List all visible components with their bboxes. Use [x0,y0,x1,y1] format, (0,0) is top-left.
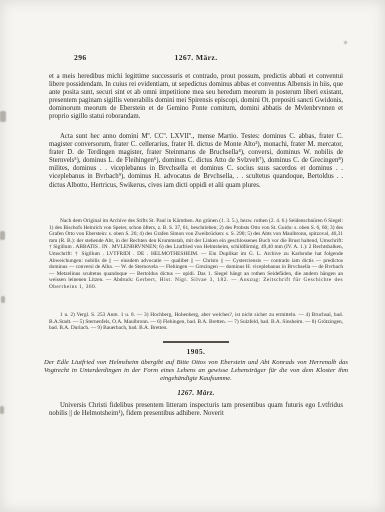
scan-artifact [1,296,5,303]
provenance-note-text: Nach dem Original im Archive des Stifts … [49,218,343,283]
scan-artifact [0,406,4,414]
charter-1904-acta-block: Acta sunt hec anno domini Mº. CCº. LXVII… [49,133,343,190]
section-divider [163,341,229,343]
charter-text-continuation: et a meis heredibus michi legittime succ… [49,73,343,122]
running-head-date: 1267. März. [49,53,343,62]
charter-1905-text-block: Universis Christi fidelibus presentem li… [49,402,343,418]
charter-number-heading: 1905. [49,348,343,356]
scan-artifact [0,231,5,240]
provenance-note-block: Nach dem Original im Archive des Stifts … [49,218,343,291]
footnotes-block: 1 u. 2) Vergl. S. 253 Anm. 1 u. 8. — 3) … [49,312,343,332]
running-head: 296 1267. März. [0,53,385,63]
provenance-note: Nach dem Original im Archive des Stifts … [49,218,343,291]
charter-date: 1267. März. [49,390,343,397]
footnotes: 1 u. 2) Vergl. S. 253 Anm. 1 u. 8. — 3) … [49,312,343,332]
charter-1904-text-continuation-block: et a meis heredibus michi legittime succ… [49,73,343,122]
scanned-book-page: 296 1267. März. et a meis heredibus mich… [0,0,385,512]
charter-text-begin: Universis Christi fidelibus presentem li… [49,402,343,418]
acta-and-witness-list: Acta sunt hec anno domini Mº. CCº. LXVII… [49,133,343,190]
scan-artifact [344,41,347,44]
scan-artifact [0,111,6,122]
charter-regest: Der Edle Liutfried von Helmsheim übergib… [44,359,348,384]
